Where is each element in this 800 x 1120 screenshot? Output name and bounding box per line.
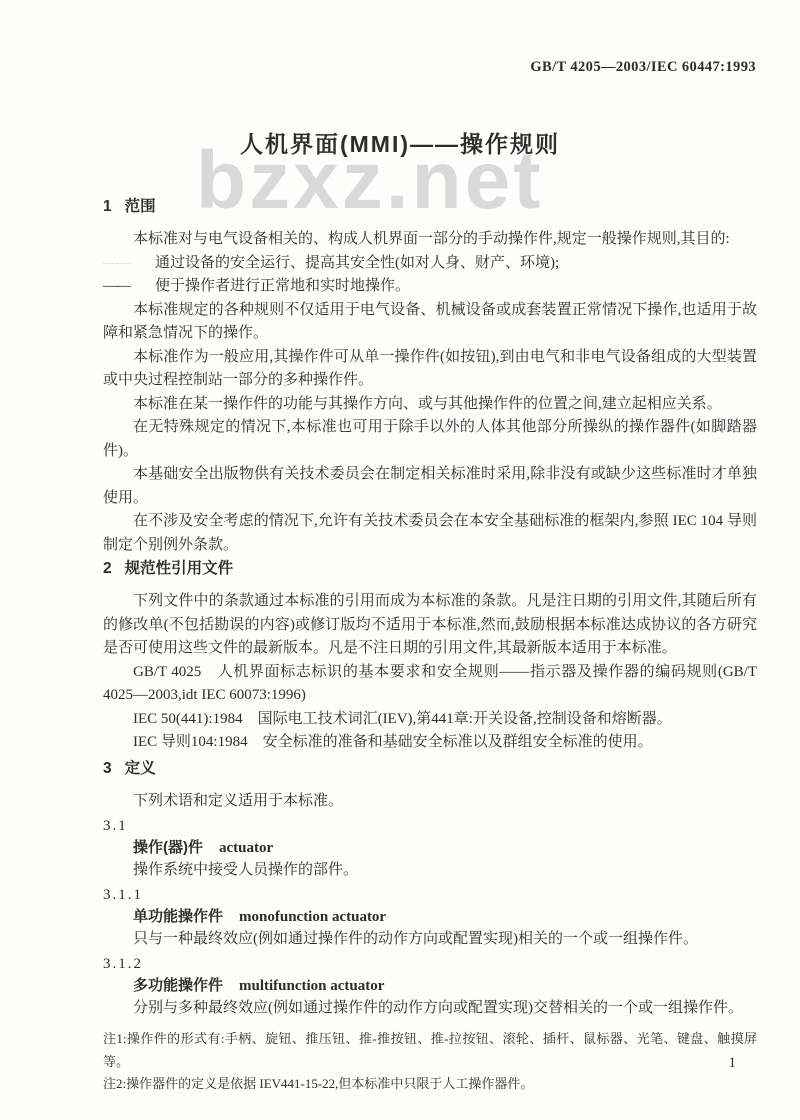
term-definition: 操作系统中接受人员操作的部件。 xyxy=(103,859,757,881)
term-heading: 操作(器)件actuator xyxy=(103,837,757,859)
reference-item: IEC 50(441):1984 国际电工技术词汇(IEV),第441章:开关设… xyxy=(103,708,757,732)
paragraph: 本标准规定的各种规则不仅适用于电气设备、机械设备或成套装置正常情况下操作,也适用… xyxy=(103,299,757,346)
section-definitions: 3定义 下列术语和定义适用于本标准。 3.1 操作(器)件actuator 操作… xyxy=(103,760,757,1096)
standard-number: GB/T 4205—2003/IEC 60447:1993 xyxy=(530,59,756,76)
section-scope: 1范围 本标准对与电气设备相关的、构成人机界面一部分的手动操作件,规定一般操作规… xyxy=(103,198,757,557)
dash-faded: —— xyxy=(103,252,155,276)
clause-number: 3.1 xyxy=(103,815,757,837)
term-name-en: actuator xyxy=(219,840,273,856)
paragraph: 下列术语和定义适用于本标准。 xyxy=(103,790,757,812)
paragraph: 下列文件中的条款通过本标准的引用而成为本标准的条款。凡是注日期的引用文件,其随后… xyxy=(103,590,757,661)
term-name-zh: 多功能操作件 xyxy=(133,977,223,994)
term-heading: 多功能操作件multifunction actuator xyxy=(103,975,757,997)
section-title: 范围 xyxy=(125,198,156,215)
section-heading: 3定义 xyxy=(103,760,757,777)
list-item-text: 便于操作者进行正常地和实时地操作。 xyxy=(155,278,410,294)
paragraph: 本标准对与电气设备相关的、构成人机界面一部分的手动操作件,规定一般操作规则,其目… xyxy=(103,228,757,252)
paragraph: 本标准在某一操作件的功能与其操作方向、或与其他操作件的位置之间,建立起相应关系。 xyxy=(103,393,757,417)
list-item: ——通过设备的安全运行、提高其安全性(如对人身、财产、环境); xyxy=(103,252,757,276)
clause-number: 3.1.1 xyxy=(103,884,757,906)
list-item-text: 通过设备的安全运行、提高其安全性(如对人身、财产、环境); xyxy=(155,255,559,271)
section-normative-references: 2规范性引用文件 下列文件中的条款通过本标准的引用而成为本标准的条款。凡是注日期… xyxy=(103,560,757,755)
section-heading: 2规范性引用文件 xyxy=(103,560,757,577)
term-definition: 分别与多种最终效应(例如通过操作件的动作方向或配置实现)交替相关的一个或一组操作… xyxy=(103,997,757,1019)
section-heading: 1范围 xyxy=(103,198,757,215)
paragraph: 本基础安全出版物供有关技术委员会在制定相关标准时采用,除非没有或缺少这些标准时才… xyxy=(103,463,757,510)
reference-item: GB/T 4025 人机界面标志标识的基本要求和安全规则——指示器及操作器的编码… xyxy=(103,661,757,708)
list-item: ——便于操作者进行正常地和实时地操作。 xyxy=(103,275,757,299)
section-title: 规范性引用文件 xyxy=(125,560,234,577)
notes-block: 注1:操作件的形式有:手柄、旋钮、推压钮、推-推按钮、推-拉按钮、滚轮、插杆、鼠… xyxy=(103,1028,757,1096)
term-heading: 单功能操作件monofunction actuator xyxy=(103,906,757,928)
document-title: 人机界面(MMI)——操作规则 xyxy=(0,126,800,159)
section-number: 3 xyxy=(103,760,112,777)
term-name-zh: 操作(器)件 xyxy=(133,839,203,856)
note-item: 注1:操作件的形式有:手柄、旋钮、推压钮、推-推按钮、推-拉按钮、滚轮、插杆、鼠… xyxy=(103,1028,757,1073)
dash: —— xyxy=(103,275,155,299)
note-item: 注2:操作器件的定义是依据 IEV441-15-22,但本标准中只限于人工操作器… xyxy=(103,1073,757,1096)
section-number: 1 xyxy=(103,198,112,215)
clause-number: 3.1.2 xyxy=(103,953,757,975)
reference-item: IEC 导则104:1984 安全标准的准备和基础安全标准以及群组安全标准的使用… xyxy=(103,731,757,755)
term-name-en: multifunction actuator xyxy=(239,978,384,994)
paragraph: 本标准作为一般应用,其操作件可从单一操作件(如按钮),到由电气和非电气设备组成的… xyxy=(103,346,757,393)
paragraph: 在不涉及安全考虑的情况下,允许有关技术委员会在本安全基础标准的框架内,参照 IE… xyxy=(103,510,757,557)
section-title: 定义 xyxy=(125,760,156,777)
paragraph: 在无特殊规定的情况下,本标准也可用于除手以外的人体其他部分所操纵的操作器件(如脚… xyxy=(103,416,757,463)
term-definition: 只与一种最终效应(例如通过操作件的动作方向或配置实现)相关的一个或一组操作件。 xyxy=(103,928,757,950)
term-name-zh: 单功能操作件 xyxy=(133,908,223,925)
document-page: GB/T 4205—2003/IEC 60447:1993 bzxz.net 人… xyxy=(0,0,800,1120)
section-number: 2 xyxy=(103,560,112,577)
term-name-en: monofunction actuator xyxy=(239,909,386,925)
